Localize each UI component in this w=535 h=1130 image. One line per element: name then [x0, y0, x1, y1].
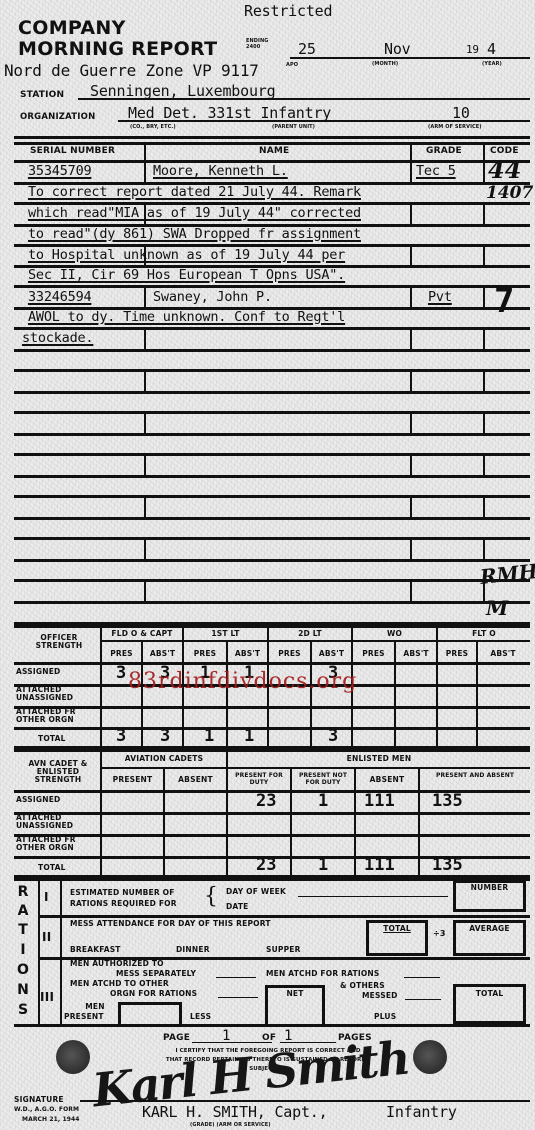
rations-letter: S [16, 1002, 30, 1018]
field-line [218, 997, 258, 998]
row-label-total: TOTAL [38, 864, 66, 872]
row-label-attached-other: ATTACHED FR OTHER ORGN [16, 836, 96, 852]
col-divider [483, 369, 485, 391]
col-divider [410, 537, 412, 559]
row-line [14, 285, 530, 288]
row-line [14, 453, 530, 456]
officer-group-wo: WO [353, 630, 436, 638]
field-line [405, 999, 441, 1000]
officer-total-value: 1 [244, 726, 254, 746]
supper-label: SUPPER [266, 946, 301, 954]
report-day: 25 [298, 40, 316, 58]
entry-1-remark-3: to read"(dy 861) SWA Dropped fr assignme… [28, 226, 361, 242]
men-present-box[interactable] [118, 1002, 182, 1026]
em-assigned-present-duty: 23 [256, 791, 276, 811]
table-top-border [14, 136, 530, 139]
sub-pres: PRES [353, 650, 394, 658]
col-divider [483, 453, 485, 475]
sub-pres: PRES [102, 650, 141, 658]
col-divider [410, 202, 412, 224]
col-divider [410, 411, 412, 433]
entry-2-grade: Pvt [428, 289, 452, 305]
dinner-label: DINNER [176, 946, 210, 954]
row-line [100, 640, 530, 642]
em-total-absent: 111 [364, 855, 395, 875]
section-2-numeral: II [42, 930, 52, 944]
org-caption-company: (CO., BRY, ETC.) [130, 124, 176, 130]
em-assigned-total: 135 [432, 791, 463, 811]
col-header-name: NAME [259, 147, 289, 155]
col-divider [144, 160, 146, 182]
org-caption-parent: (PARENT UNIT) [272, 124, 315, 130]
morning-report-page: Restricted COMPANY MORNING REPORT ENDING… [0, 0, 535, 1130]
row-line [38, 915, 530, 918]
reviewer-initials-2: M [486, 596, 508, 620]
col-divider [410, 579, 412, 601]
row-line [14, 517, 530, 520]
officer-total-value: 3 [160, 726, 170, 746]
breakfast-label: BREAKFAST [70, 946, 121, 954]
page-label: PAGE [163, 1034, 190, 1042]
sub-abst: ABS'T [228, 650, 267, 658]
month-caption: (MONTH) [372, 61, 398, 67]
signer-caption: (GRADE) (ARM OR SERVICE) [190, 1122, 271, 1128]
others-label: & OTHERS [340, 982, 385, 990]
divide-by-three: ÷3 [433, 930, 446, 938]
col-present-for-duty: PRESENT FOR DUTY [228, 772, 290, 786]
col-em-absent: ABSENT [356, 776, 418, 784]
signature-line [80, 1100, 530, 1102]
brace-icon: { [204, 884, 218, 909]
org-caption-arm: (ARM OF SERVICE) [428, 124, 482, 130]
of-label: OF [262, 1034, 276, 1042]
sub-abst: ABS'T [143, 650, 182, 658]
net-label: NET [268, 990, 322, 998]
present-label: PRESENT [64, 1013, 104, 1021]
signer-branch: Infantry [386, 1103, 457, 1121]
entry-2-code: 7 [494, 283, 514, 319]
em-assigned-present-not-duty: 1 [318, 791, 328, 811]
men-present-label: MEN [72, 1003, 118, 1011]
plus-label: PLUS [374, 1013, 396, 1021]
em-assigned-absent: 111 [364, 791, 395, 811]
col-divider [483, 142, 485, 161]
row-line [14, 369, 530, 372]
col-divider [483, 202, 485, 224]
row-line [14, 495, 530, 498]
col-divider [410, 160, 412, 182]
field-line [216, 977, 256, 978]
row-line [14, 475, 530, 478]
col-divider [144, 411, 146, 433]
row-line [14, 559, 530, 562]
entry-1-remark-2: which read"MIA as of 19 July 44" correct… [28, 205, 361, 221]
row-label-assigned: ASSIGNED [16, 668, 60, 676]
section-3-numeral: III [40, 990, 54, 1004]
col-header-code: CODE [490, 147, 519, 155]
row-line [14, 662, 530, 665]
em-total-present-duty: 23 [256, 855, 276, 875]
col-divider [144, 453, 146, 475]
ending-label: ENDING 2400 [246, 38, 269, 50]
officer-total-value: 1 [204, 726, 214, 746]
row-line [14, 391, 530, 394]
col-divider [483, 244, 485, 266]
officer-group-1st-lt: 1ST LT [184, 630, 267, 638]
men-authorized-label: MEN AUTHORIZED TO [70, 960, 164, 968]
form-title-line2: MORNING REPORT [18, 39, 217, 59]
rations-letter: N [16, 982, 30, 998]
entry-2-name: Swaney, John P. [153, 289, 272, 305]
officer-group-fld: FLD O & CAPT [102, 630, 182, 638]
entry-1-grade: Tec 5 [416, 163, 456, 179]
row-line [14, 433, 530, 436]
rations-letter: R [16, 884, 30, 900]
col-avn-absent: ABSENT [165, 776, 226, 784]
year-prefix: 19 [466, 43, 479, 56]
men-atchd-for-rations-label: MEN ATCHD FOR RATIONS [266, 970, 379, 978]
row-label-total: TOTAL [38, 735, 66, 743]
col-divider [483, 495, 485, 517]
col-divider [144, 142, 146, 161]
col-divider [418, 768, 420, 877]
section-border [14, 625, 530, 628]
row-label-attached-unassigned: ATTACHED UNASSIGNED [16, 686, 96, 702]
col-divider [410, 327, 412, 349]
col-divider [144, 285, 146, 307]
officer-total-value: 3 [116, 726, 126, 746]
col-divider [144, 327, 146, 349]
col-divider [483, 411, 485, 433]
form-title-line1: COMPANY [18, 18, 126, 38]
mess-attendance-label: MESS ATTENDANCE FOR DAY OF THIS REPORT [70, 920, 271, 928]
entry-1-code-2: 1407 [486, 184, 533, 202]
punch-hole-right [413, 1040, 447, 1074]
classification-stamp: Restricted [244, 2, 332, 20]
rations-total-label: TOTAL [456, 990, 523, 998]
col-divider [410, 142, 412, 161]
mess-separately-label: MESS SEPARATELY [116, 970, 196, 978]
col-divider [483, 160, 485, 182]
signer-name: KARL H. SMITH, Capt., [142, 1103, 327, 1121]
col-divider [144, 495, 146, 517]
form-label: W.D., A.G.O. FORM [14, 1106, 79, 1113]
sub-abst: ABS'T [396, 650, 436, 658]
sub-pres: PRES [184, 650, 226, 658]
section-1-numeral: I [44, 890, 49, 904]
messed-label: MESSED [362, 992, 398, 1000]
aviation-cadets-header: AVIATION CADETS [102, 755, 226, 763]
reviewer-initials: RMH [479, 559, 535, 589]
date-label: DATE [226, 903, 249, 911]
sub-pres: PRES [438, 650, 476, 658]
station-underline [78, 98, 530, 100]
enlisted-strength-title: AVN CADET & ENLISTED STRENGTH [16, 760, 100, 784]
row-line [14, 579, 530, 582]
year-caption: (YEAR) [482, 61, 502, 67]
station-label: STATION [20, 91, 64, 99]
field-line [192, 1042, 272, 1043]
rations-letter: A [16, 903, 30, 919]
col-divider [144, 579, 146, 601]
estimated-rations-label: ESTIMATED NUMBER OF [70, 889, 175, 897]
officer-total-value: 3 [328, 726, 338, 746]
apo-caption: APO [286, 62, 298, 68]
sub-abst: ABS'T [312, 650, 351, 658]
entry-1-serial: 35345709 [28, 163, 91, 179]
officer-group-flt-o: FLT O [438, 630, 530, 638]
entry-2-remark-1: AWOL to dy. Time unknown. Conf to Regt'l [28, 309, 345, 325]
row-label-assigned: ASSIGNED [16, 796, 60, 804]
col-present-not-for-duty: PRESENT NOT FOR DUTY [292, 772, 354, 786]
estimated-rations-label-2: RATIONS REQUIRED FOR [70, 900, 177, 908]
col-divider [144, 537, 146, 559]
men-atchd-other-label: MEN ATCHD TO OTHER [70, 980, 169, 988]
apo-line: Nord de Guerre Zone VP 9117 [4, 61, 259, 80]
row-line [14, 349, 530, 352]
col-divider [410, 495, 412, 517]
day-of-week-line [298, 896, 448, 897]
signature-label: SIGNATURE [14, 1096, 64, 1104]
organization-label: ORGANIZATION [20, 113, 95, 121]
total-label: TOTAL [369, 925, 425, 933]
report-year: 4 [487, 40, 496, 58]
punch-hole-left [56, 1040, 90, 1074]
rations-letter: I [16, 942, 30, 958]
col-divider [410, 453, 412, 475]
entry-1-code: 44 [488, 158, 521, 182]
report-month: Nov [384, 40, 411, 58]
officer-group-2d-lt: 2D LT [269, 630, 351, 638]
form-date: MARCH 21, 1944 [22, 1116, 80, 1123]
row-line [14, 727, 530, 730]
row-line [14, 537, 530, 540]
col-present-and-absent: PRESENT AND ABSENT [420, 772, 530, 779]
col-divider [354, 768, 356, 877]
row-line [100, 767, 530, 769]
entry-1-name: Moore, Kenneth L. [153, 163, 288, 179]
col-divider [410, 285, 412, 307]
entry-1-remark-4: to Hospital unknown as of 19 July 44 per [28, 247, 345, 263]
col-divider [483, 285, 485, 307]
col-divider [144, 369, 146, 391]
less-label: LESS [190, 1013, 211, 1021]
number-box-label: NUMBER [456, 884, 523, 892]
entry-2-remark-2: stockade. [22, 330, 93, 346]
officer-strength-title: OFFICER STRENGTH [20, 634, 98, 650]
entry-1-remark-5: Sec II, Cir 69 Hos European T Opns USA". [28, 267, 345, 283]
rations-letter: O [16, 962, 30, 978]
table-top-border-2 [14, 142, 530, 145]
section-border [14, 749, 530, 752]
col-divider [410, 244, 412, 266]
col-header-grade: GRADE [426, 147, 462, 155]
col-divider [163, 768, 165, 877]
col-divider [483, 537, 485, 559]
entry-2-serial: 33246594 [28, 289, 91, 305]
rations-letter: T [16, 922, 30, 938]
col-divider [483, 327, 485, 349]
entry-1-remark-1: To correct report dated 21 July 44. Rema… [28, 184, 361, 200]
enlisted-men-header: ENLISTED MEN [228, 755, 530, 763]
orgn-for-rations-label: ORGN FOR RATIONS [110, 990, 197, 998]
row-line [14, 601, 530, 604]
row-label-attached-other: ATTACHED FR OTHER ORGN [16, 708, 96, 724]
field-line [404, 977, 440, 978]
row-line [14, 411, 530, 414]
average-label: AVERAGE [456, 925, 523, 933]
col-divider [410, 369, 412, 391]
officer-assigned-value: 3 [116, 663, 126, 683]
col-divider [60, 879, 62, 1025]
em-total-present-not-duty: 1 [318, 855, 328, 875]
sub-pres: PRES [269, 650, 310, 658]
col-header-serial: SERIAL NUMBER [30, 147, 115, 155]
col-avn-present: PRESENT [102, 776, 163, 784]
row-label-attached-unassigned: ATTACHED UNASSIGNED [16, 814, 96, 830]
day-of-week-label: DAY OF WEEK [226, 888, 286, 896]
em-total-total: 135 [432, 855, 463, 875]
organization-underline [118, 120, 530, 122]
sub-abst: ABS'T [478, 650, 528, 658]
website-watermark: 83rdinfdivdocs.org [128, 669, 357, 694]
